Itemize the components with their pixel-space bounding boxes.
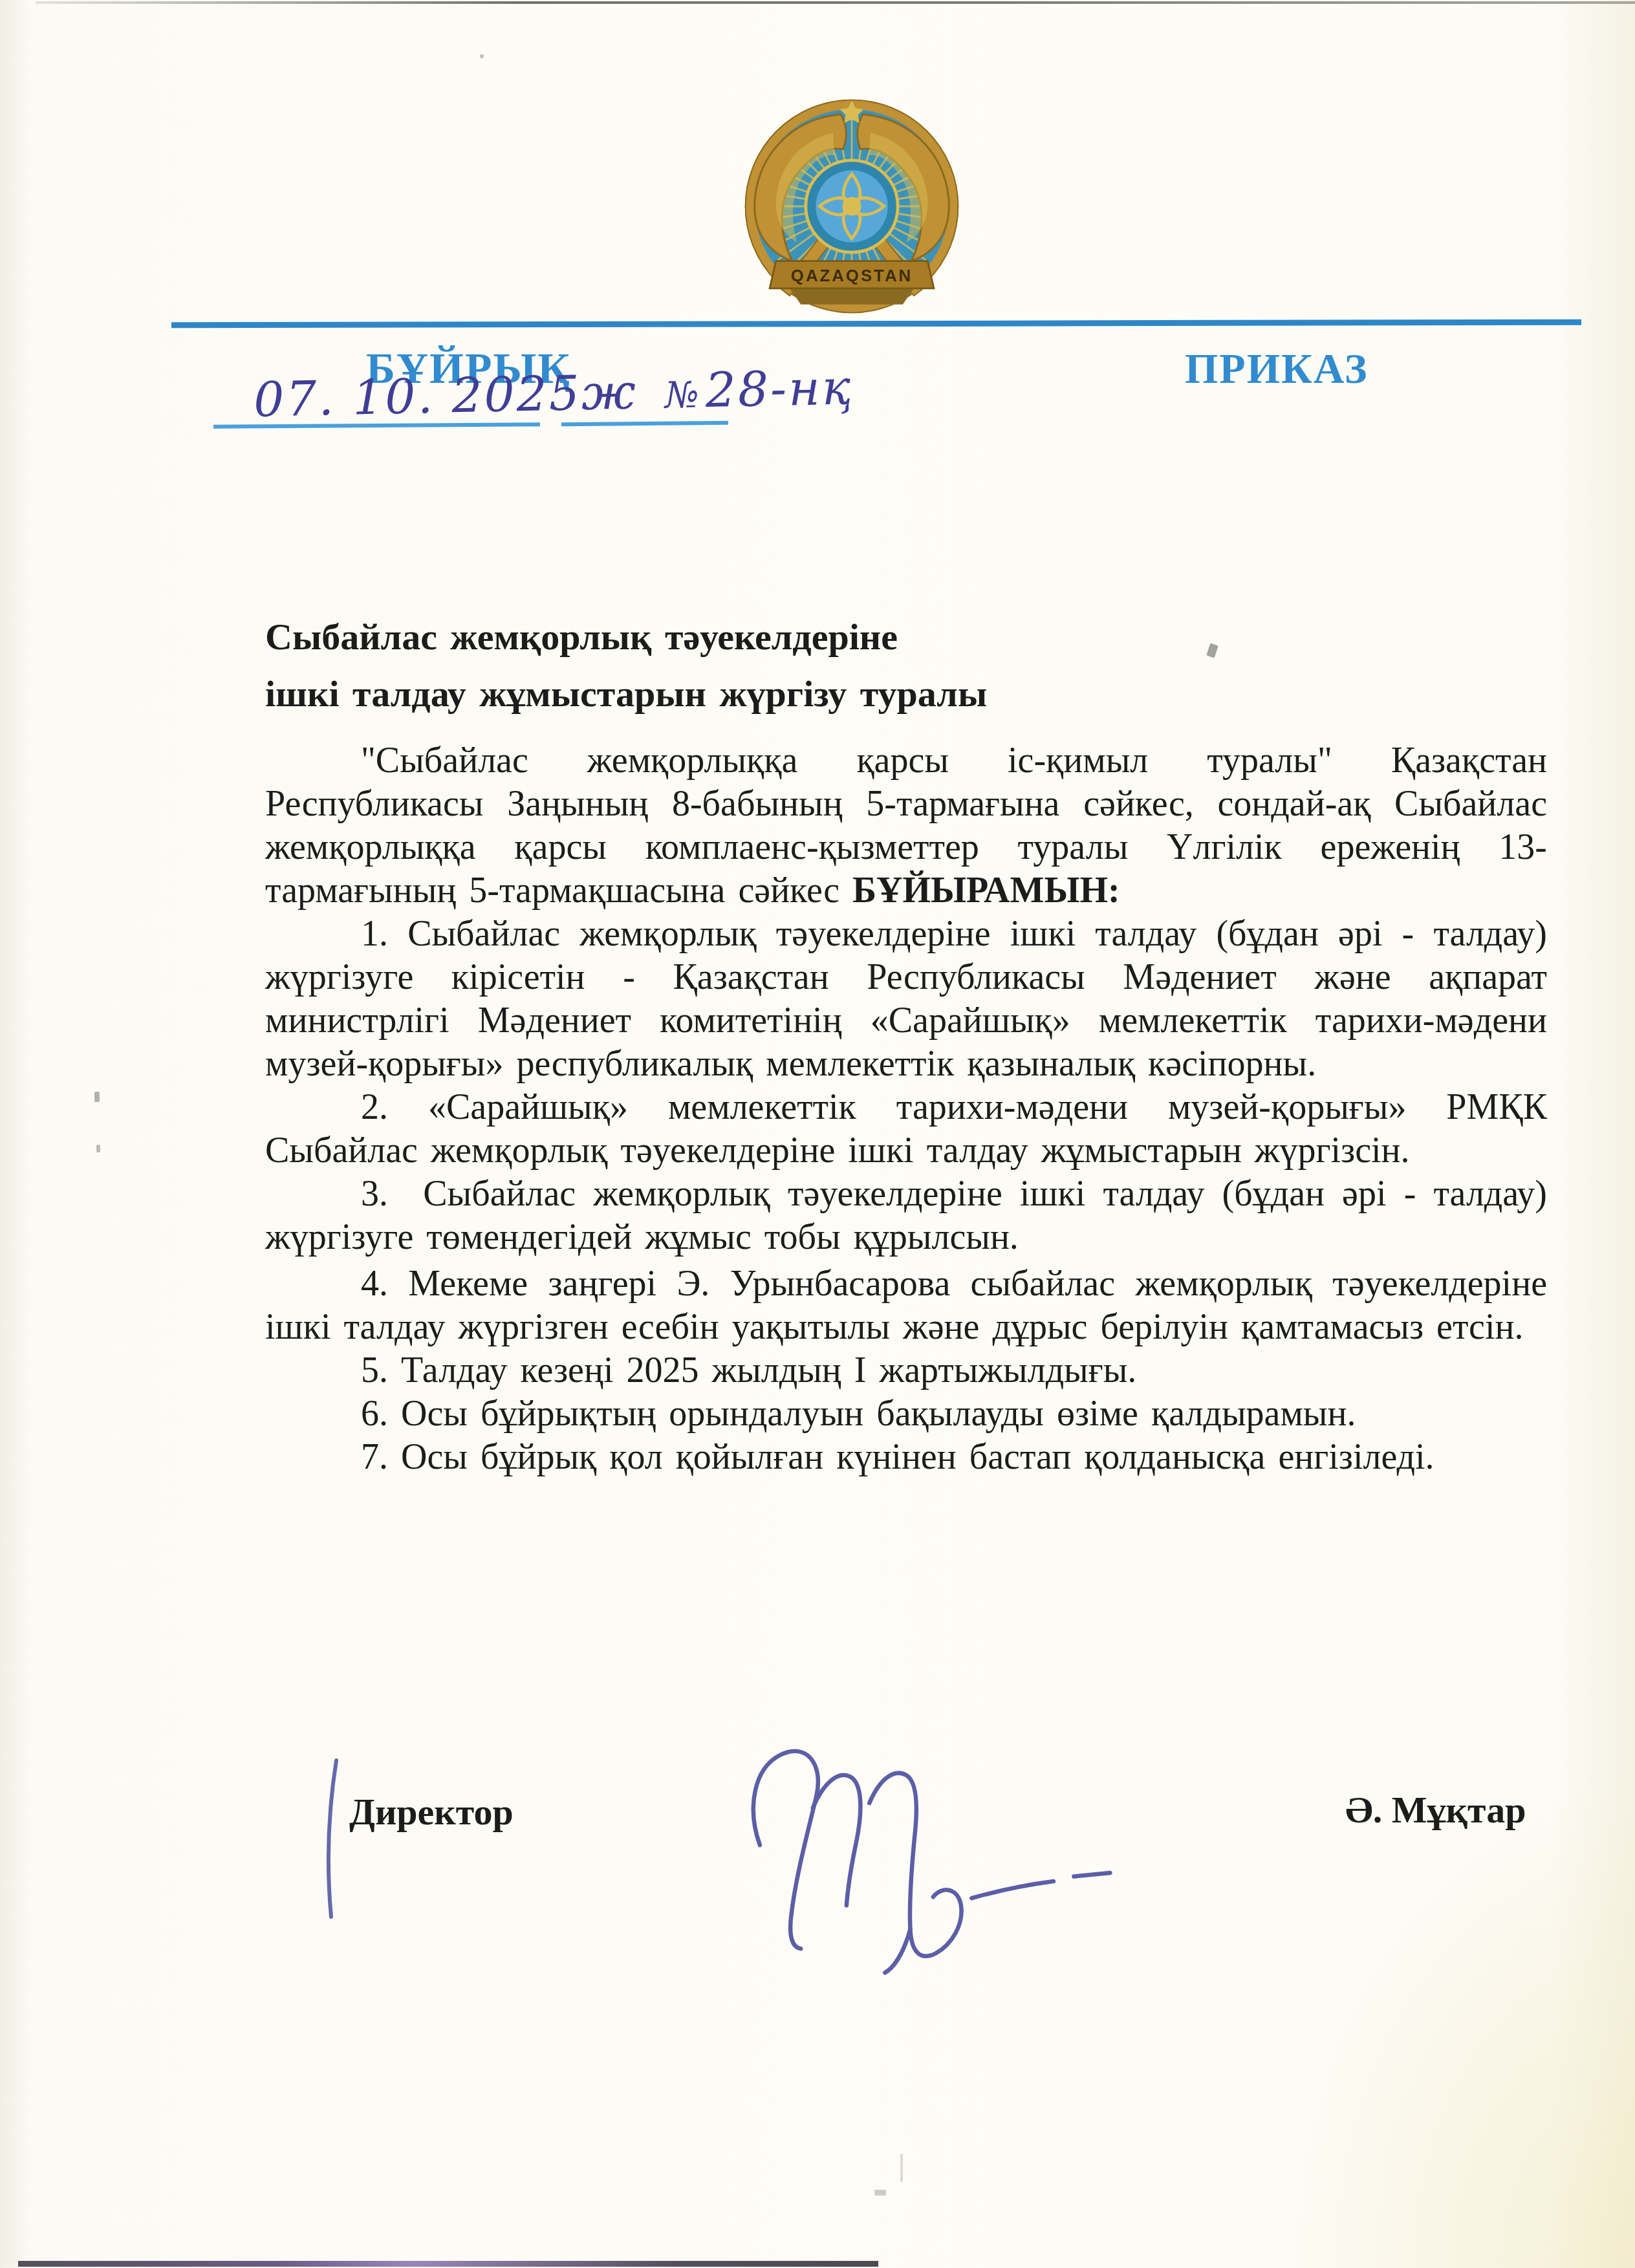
document-title-line1: Сыбайлас жемқорлық тәуекелдеріне bbox=[265, 609, 1547, 665]
order-closing-points: 4. Мекеме заңгері Э. Урынбасарова сыбайл… bbox=[265, 1262, 1547, 1479]
paragraph: 7. Осы бұйрық қол қойылған күнінен баста… bbox=[265, 1436, 1547, 1479]
scan-speck bbox=[94, 1092, 100, 1102]
signer-name: Ә. Мұқтар bbox=[1345, 1788, 1526, 1831]
scan-speck bbox=[900, 2154, 903, 2182]
paragraph: 1. Сыбайлас жемқорлық тәуекелдеріне ішкі… bbox=[265, 913, 1547, 1086]
pen-stroke-mark bbox=[322, 1758, 341, 1923]
paragraph: 4. Мекеме заңгері Э. Урынбасарова сыбайл… bbox=[265, 1262, 1547, 1349]
emblem-banner-text: QAZAQSTAN bbox=[791, 267, 913, 285]
order-number-handwritten: 28-нқ bbox=[705, 360, 853, 418]
number-sign: № bbox=[664, 374, 699, 416]
scan-edge-bottom-strip bbox=[18, 2261, 878, 2267]
scan-cream-corner bbox=[1273, 1777, 1635, 2268]
order-title-russian: ПРИКАЗ bbox=[1185, 345, 1369, 394]
document-body: Сыбайлас жемқорлық тәуекелдеріне ішкі та… bbox=[265, 609, 1547, 1479]
paragraph: 2. «Сарайшық» мемлекеттік тарихи-мәдени … bbox=[265, 1086, 1547, 1172]
scan-speck bbox=[480, 54, 484, 58]
document-title: Сыбайлас жемқорлық тәуекелдеріне ішкі та… bbox=[265, 609, 1547, 722]
scan-edge-top-line bbox=[36, 1, 1635, 4]
header-divider-rule bbox=[171, 319, 1581, 329]
signer-position-label: Директор bbox=[349, 1790, 514, 1833]
coat-of-arms-graphic: QAZAQSTAN bbox=[740, 94, 964, 318]
document-title-line2: ішкі талдау жұмыстарын жүргізу туралы bbox=[265, 665, 1547, 722]
kazakhstan-coat-of-arms: QAZAQSTAN bbox=[740, 94, 964, 318]
scan-speck bbox=[96, 1145, 100, 1152]
paragraph: 3. Сыбайлас жемқорлық тәуекелдеріне ішкі… bbox=[265, 1172, 1547, 1259]
director-signature bbox=[686, 1718, 1125, 1976]
order-preamble-and-points: "Сыбайлас жемқорлыққа қарсы іс-қимыл тур… bbox=[265, 739, 1547, 1259]
order-date-number-handwritten: 07. 10. 2025ж№28-нқ bbox=[253, 360, 853, 427]
paragraph: 5. Талдау кезеңі 2025 жылдың І жартыжылд… bbox=[265, 1349, 1547, 1392]
paragraph: 6. Осы бұйрықтың орындалуын бақылауды өз… bbox=[265, 1392, 1547, 1436]
order-date-handwritten: 07. 10. 2025ж bbox=[253, 364, 638, 427]
scan-speck bbox=[874, 2190, 886, 2196]
scanned-order-page: QAZAQSTAN БҰЙРЫҚ ПРИКАЗ 07. 10. 2025ж№28… bbox=[0, 0, 1635, 2268]
number-underline bbox=[561, 421, 728, 426]
paragraph: "Сыбайлас жемқорлыққа қарсы іс-қимыл тур… bbox=[265, 739, 1547, 913]
